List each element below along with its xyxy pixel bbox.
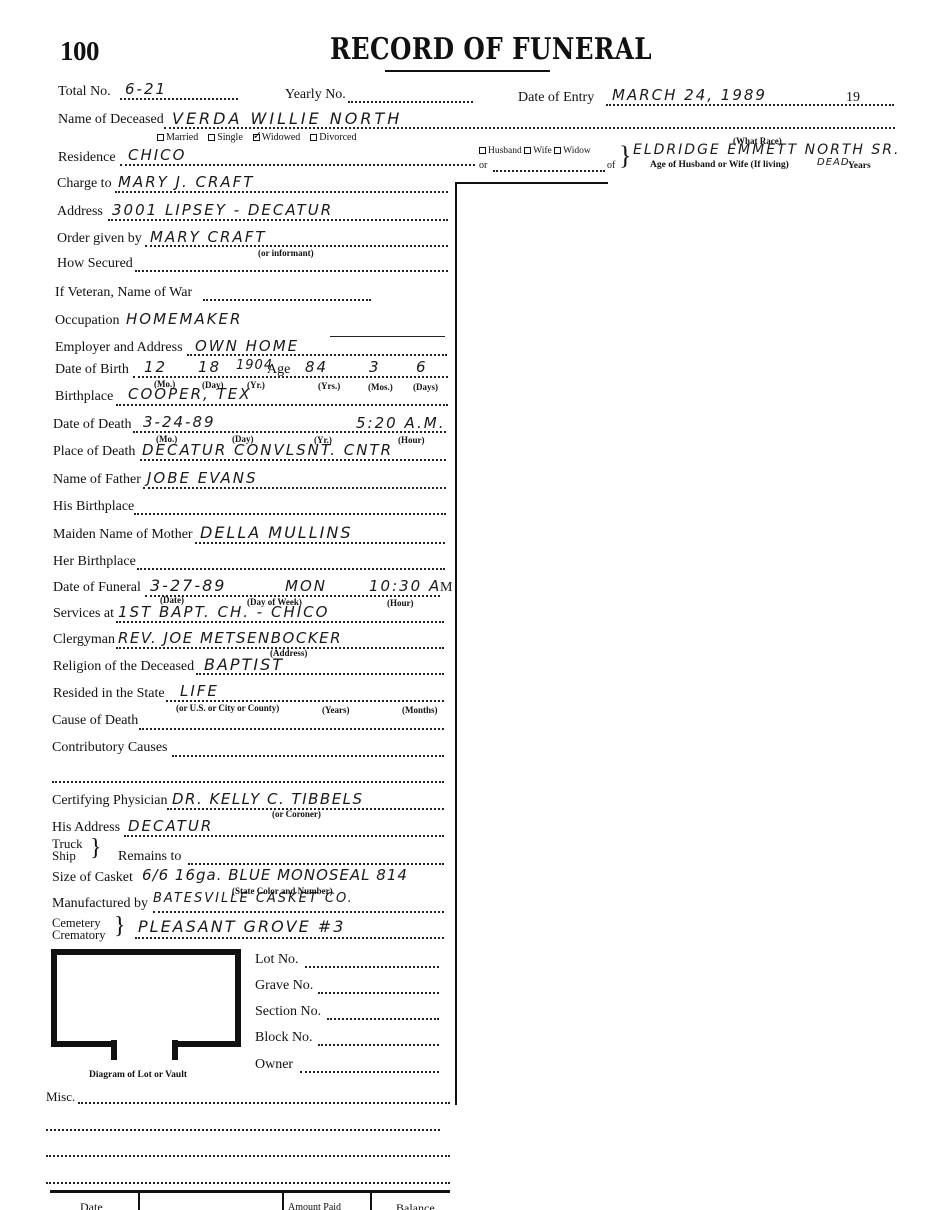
charge-to-label: Charge to	[57, 176, 112, 192]
footer-col-divider-1	[138, 1193, 140, 1210]
place-of-death-label: Place of Death	[53, 444, 135, 460]
occupation-field[interactable]: HOMEMAKER	[126, 310, 242, 328]
funeral-day-of-week-field[interactable]: MON	[285, 577, 327, 595]
address-field[interactable]: 3001 LIPSEY - DECATUR	[112, 201, 333, 219]
footer-header-balance: Balance	[396, 1201, 435, 1210]
section-no-field[interactable]	[327, 1018, 439, 1020]
total-no-field[interactable]: 6-21	[125, 80, 167, 98]
owner-label: Owner	[255, 1057, 293, 1073]
charge-to-line	[115, 191, 448, 193]
funeral-hour-sublabel: (Hour)	[387, 598, 414, 608]
employer-label: Employer and Address	[55, 340, 183, 356]
clergyman-field[interactable]: REV. JOE METSENBOCKER	[118, 629, 342, 647]
how-secured-field[interactable]	[135, 270, 448, 272]
age-days-field[interactable]: 6	[416, 358, 428, 376]
order-given-by-field[interactable]: MARY CRAFT	[150, 228, 267, 246]
date-of-entry-year-suffix: 19	[846, 90, 860, 106]
physician-address-label: His Address	[52, 820, 120, 836]
address-label: Address	[57, 204, 103, 220]
resided-in-state-label: Resided in the State	[53, 686, 165, 702]
spouse-of-label: of	[607, 160, 615, 171]
misc-label: Misc.	[46, 1089, 75, 1105]
occupation-label: Occupation	[55, 313, 120, 329]
services-at-line	[116, 621, 444, 623]
single-checkbox[interactable]: Single	[208, 132, 243, 143]
resided-months-sublabel: (Months)	[402, 705, 438, 715]
misc-field-line-2[interactable]	[46, 1129, 440, 1131]
father-name-line	[143, 487, 446, 489]
truck-ship-label: Truck Ship	[52, 838, 83, 862]
section-no-label: Section No.	[255, 1004, 321, 1020]
charge-to-field[interactable]: MARY J. CRAFT	[118, 173, 254, 191]
age-months-field[interactable]: 3	[369, 358, 381, 376]
or-coroner-sublabel: (or Coroner)	[272, 809, 321, 819]
misc-field-line-4[interactable]	[46, 1182, 450, 1184]
occupation-faint-line	[330, 336, 445, 337]
block-no-field[interactable]	[318, 1044, 439, 1046]
religion-label: Religion of the Deceased	[53, 659, 194, 675]
lot-no-field[interactable]	[305, 966, 439, 968]
husband-checkbox[interactable]: Husband	[479, 146, 522, 156]
cemetery-crematory-label: Cemetery Crematory	[52, 917, 105, 941]
marital-status-group: Married Single Widowed Divorced	[157, 132, 356, 143]
how-secured-label: How Secured	[57, 256, 133, 272]
spouse-or-line[interactable]	[493, 170, 605, 172]
address-line	[108, 219, 448, 221]
right-box-divider	[455, 182, 457, 1105]
dob-day-field[interactable]: 18	[198, 358, 221, 376]
spouse-age-field[interactable]: DEAD	[817, 157, 850, 168]
time-of-death-field[interactable]: 5:20 A.M.	[356, 414, 445, 432]
employer-field[interactable]: OWN HOME	[195, 337, 299, 355]
cemetery-line	[135, 937, 444, 939]
footer-col-divider-2	[282, 1193, 284, 1210]
diagram-left-leg	[111, 1040, 117, 1060]
services-at-label: Services at	[53, 606, 114, 622]
mother-maiden-field[interactable]: DELLA MULLINS	[200, 523, 352, 542]
veteran-war-label: If Veteran, Name of War	[55, 285, 192, 301]
mother-maiden-line	[195, 542, 445, 544]
father-name-label: Name of Father	[53, 472, 141, 488]
funeral-hour-suffix: M	[440, 580, 452, 596]
date-of-entry-label: Date of Entry	[518, 90, 594, 106]
footer-header-amount-paid: Amount Paid	[288, 1202, 341, 1210]
cemetery-brace: }	[114, 914, 126, 938]
place-of-death-line	[140, 459, 446, 461]
services-at-field[interactable]: 1ST BAPT. CH. - CHICO	[118, 603, 329, 621]
lot-diagram	[51, 949, 241, 1047]
spouse-relation-group: Husband Wife Widow	[479, 146, 591, 156]
date-of-birth-label: Date of Birth	[55, 362, 129, 378]
diagram-caption: Diagram of Lot or Vault	[89, 1070, 187, 1080]
lot-no-label: Lot No.	[255, 952, 299, 968]
cause-of-death-label: Cause of Death	[52, 713, 138, 729]
resided-in-state-field[interactable]: LIFE	[180, 682, 219, 700]
manufactured-by-line	[153, 911, 444, 913]
place-of-death-field[interactable]: DECATUR CONVLSNT. CNTR	[142, 441, 393, 459]
order-given-by-label: Order given by	[57, 231, 142, 247]
father-name-field[interactable]: JOBE EVANS	[147, 469, 258, 487]
wife-checkbox[interactable]: Wife	[524, 146, 552, 156]
grave-no-label: Grave No.	[255, 978, 313, 994]
age-years-field[interactable]: 84	[305, 358, 328, 376]
birthplace-field[interactable]: COOPER, TEX	[128, 385, 251, 403]
remains-to-label: Remains to	[118, 849, 181, 865]
manufactured-by-label: Manufactured by	[52, 896, 148, 912]
clergyman-label: Clergyman	[53, 632, 115, 648]
manufactured-by-field[interactable]: BATESVILLE CASKET CO.	[153, 891, 354, 906]
misc-field-line-1[interactable]	[78, 1102, 450, 1104]
date-of-death-label: Date of Death	[53, 417, 132, 433]
spouse-or-label: or	[479, 160, 487, 171]
birthplace-line	[116, 404, 448, 406]
cemetery-field[interactable]: PLEASANT GROVE #3	[138, 917, 345, 936]
right-box-top-rule	[456, 182, 608, 184]
grave-no-field[interactable]	[318, 992, 439, 994]
birthplace-label: Birthplace	[55, 389, 113, 405]
casket-size-field[interactable]: 6/6 16ga. BLUE MONOSEAL 814	[142, 866, 408, 884]
date-of-birth-line	[133, 376, 448, 378]
contributory-causes-line-2[interactable]	[52, 781, 444, 783]
footer-col-divider-3	[370, 1193, 372, 1210]
name-of-deceased-label: Name of Deceased	[58, 112, 164, 128]
name-of-deceased-field[interactable]: VERDA WILLIE NORTH	[172, 109, 402, 128]
resided-in-state-line	[166, 700, 444, 702]
dob-month-field[interactable]: 12	[144, 358, 167, 376]
resided-place-sublabel: (or U.S. or City or County)	[176, 703, 279, 713]
age-yrs-sublabel: (Yrs.)	[318, 381, 340, 391]
residence-label: Residence	[58, 150, 116, 166]
cause-of-death-field[interactable]	[139, 728, 444, 730]
age-mos-sublabel: (Mos.)	[368, 382, 393, 392]
widowed-checkbox[interactable]: Widowed	[253, 132, 300, 143]
dod-hour-sublabel: (Hour)	[398, 435, 425, 445]
contributory-causes-label: Contributory Causes	[52, 740, 168, 756]
his-birthplace-field[interactable]	[134, 513, 446, 515]
date-of-death-field[interactable]: 3-24-89	[143, 413, 216, 431]
block-no-label: Block No.	[255, 1030, 313, 1046]
religion-field[interactable]: BAPTIST	[204, 655, 284, 674]
date-of-entry-field[interactable]: MARCH 24, 1989	[612, 86, 767, 104]
residence-line	[120, 164, 475, 166]
yearly-no-field[interactable]	[348, 101, 473, 103]
widow-checkbox[interactable]: Widow	[554, 146, 591, 156]
misc-field-line-3[interactable]	[46, 1155, 450, 1157]
date-of-funeral-label: Date of Funeral	[53, 580, 141, 596]
footer-header-date: Date	[80, 1200, 103, 1210]
mother-maiden-label: Maiden Name of Mother	[53, 527, 193, 543]
footer-table-top-rule	[50, 1190, 450, 1193]
funeral-date-field[interactable]: 3-27-89	[150, 576, 226, 595]
residence-field[interactable]: CHICO	[128, 146, 186, 164]
divorced-checkbox[interactable]: Divorced	[310, 132, 356, 143]
title-underline	[385, 70, 550, 72]
age-days-sublabel: (Days)	[413, 382, 438, 392]
diagram-right-leg	[172, 1040, 178, 1060]
spouse-brace: }	[619, 143, 631, 169]
spouse-years-label: Years	[848, 161, 871, 171]
physician-address-field[interactable]: DECATUR	[128, 817, 213, 835]
yearly-no-label: Yearly No.	[285, 87, 346, 103]
spouse-name-field[interactable]: ELDRIDGE EMMETT NORTH SR.	[633, 142, 900, 158]
age-label: Age	[267, 362, 290, 378]
his-birthplace-label: His Birthplace	[53, 499, 134, 515]
casket-size-label: Size of Casket	[52, 870, 133, 886]
total-no-line	[120, 98, 238, 100]
page-number: 100	[60, 36, 99, 67]
contributory-causes-field[interactable]	[172, 755, 444, 757]
owner-field[interactable]	[300, 1071, 439, 1073]
form-title: RECORD OF FUNERAL	[330, 32, 652, 67]
spouse-age-label: Age of Husband or Wife (If living)	[650, 160, 789, 170]
total-no-label: Total No.	[58, 84, 111, 100]
certifying-physician-label: Certifying Physician	[52, 793, 168, 809]
certifying-physician-field[interactable]: DR. KELLY C. TIBBELS	[172, 790, 364, 808]
veteran-war-field[interactable]	[203, 299, 371, 301]
truck-ship-brace: }	[90, 836, 102, 860]
funeral-hour-field[interactable]: 10:30 A	[369, 577, 441, 595]
remains-to-field[interactable]	[188, 863, 444, 865]
physician-address-line	[124, 835, 444, 837]
her-birthplace-field[interactable]	[137, 568, 445, 570]
married-checkbox[interactable]: Married	[157, 132, 198, 143]
or-informant-label: (or informant)	[258, 248, 314, 258]
her-birthplace-label: Her Birthplace	[53, 554, 136, 570]
resided-years-sublabel: (Years)	[322, 705, 350, 715]
